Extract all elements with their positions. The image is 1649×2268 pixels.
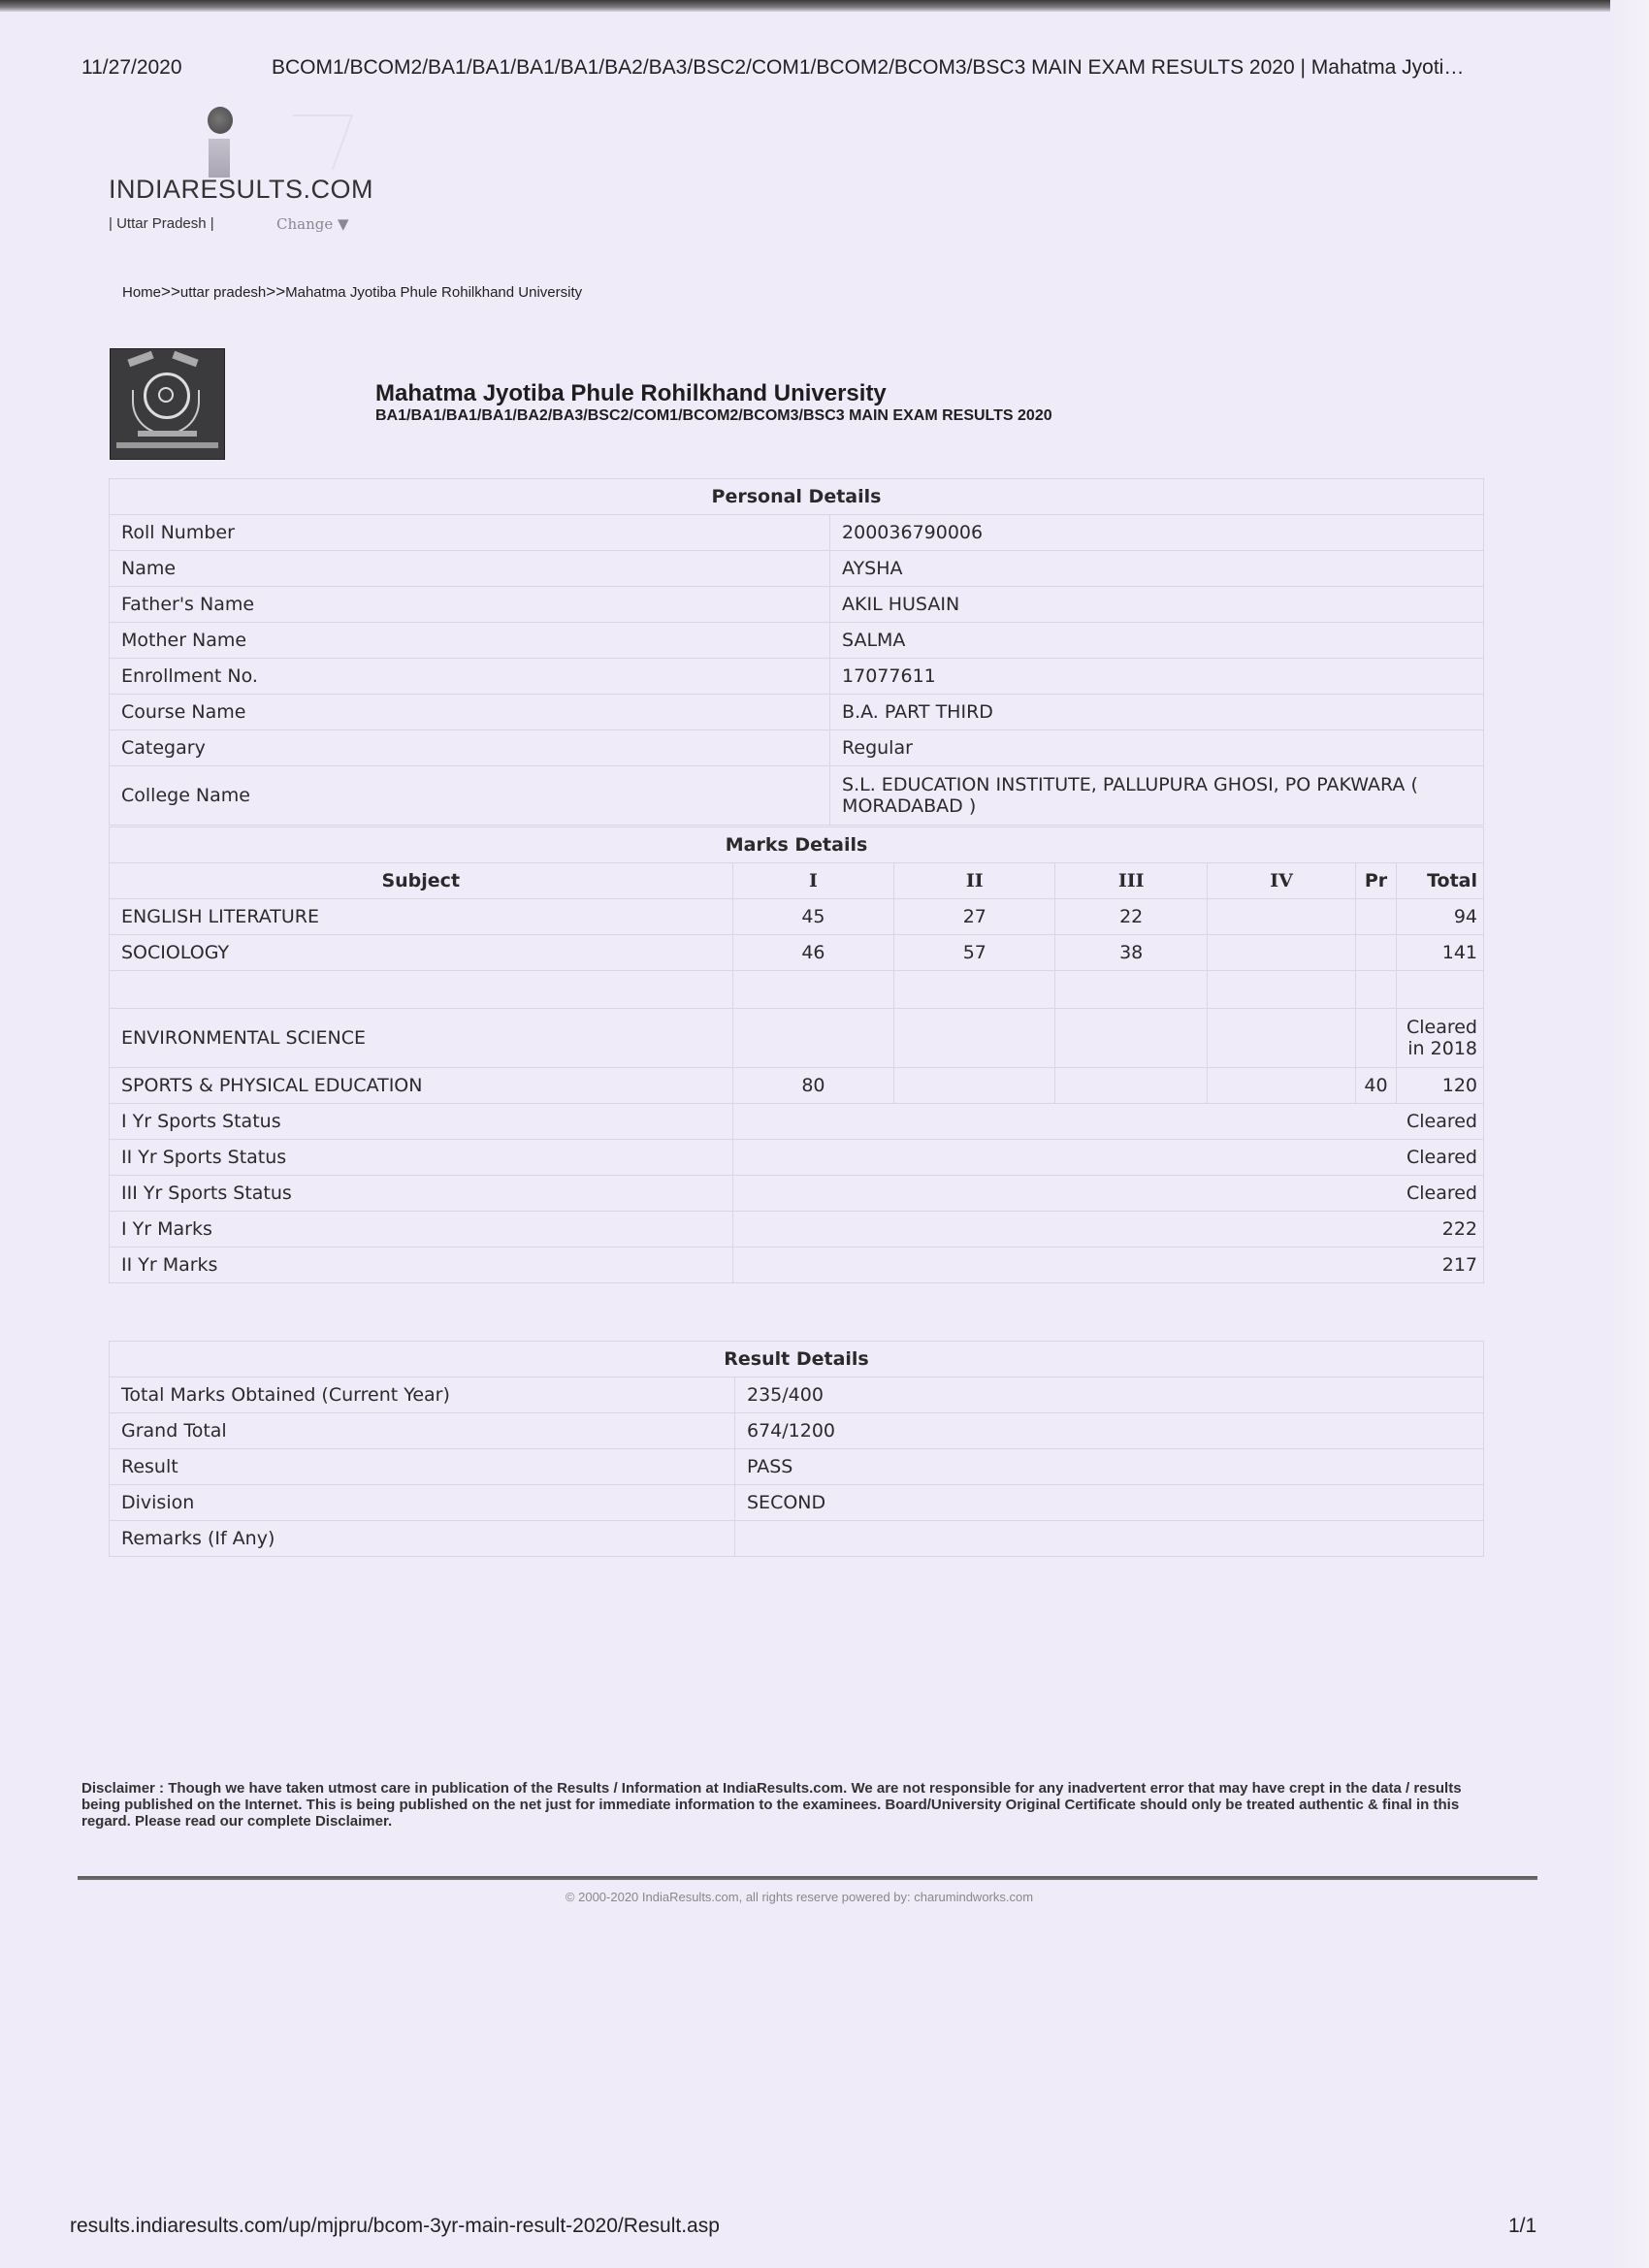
- status-value: 222: [732, 1212, 1484, 1247]
- personal-row: NameAYSHA: [110, 551, 1484, 587]
- breadcrumb-university[interactable]: Mahatma Jyotiba Phule Rohilkhand Univers…: [285, 284, 582, 301]
- status-label: I Yr Marks: [110, 1212, 733, 1247]
- personal-details-heading: Personal Details: [110, 479, 1484, 515]
- status-label: III Yr Sports Status: [110, 1176, 733, 1212]
- footer-divider: [78, 1876, 1537, 1880]
- logo-stem-icon: [209, 139, 230, 178]
- column-header-pr: Pr: [1355, 863, 1396, 899]
- marks-cell-iv: [1208, 1068, 1356, 1104]
- marks-cell-iii: [1055, 971, 1208, 1009]
- field-label: Categary: [110, 730, 830, 766]
- scan-top-edge: [0, 0, 1649, 12]
- marks-row: SPORTS & PHYSICAL EDUCATION8040120: [110, 1068, 1484, 1104]
- result-value: 674/1200: [735, 1413, 1484, 1449]
- marks-cell-pr: 40: [1355, 1068, 1396, 1104]
- column-header-iii: III: [1055, 863, 1208, 899]
- result-row: DivisionSECOND: [110, 1485, 1484, 1521]
- field-value: B.A. PART THIRD: [830, 695, 1484, 730]
- result-value: SECOND: [735, 1485, 1484, 1521]
- personal-row: Father's NameAKIL HUSAIN: [110, 587, 1484, 623]
- print-page-title: BCOM1/BCOM2/BA1/BA1/BA1/BA1/BA2/BA3/BSC2…: [272, 56, 1464, 80]
- result-value: 235/400: [735, 1377, 1484, 1413]
- field-label: College Name: [110, 766, 830, 826]
- personal-row: College NameS.L. EDUCATION INSTITUTE, PA…: [110, 766, 1484, 826]
- marks-details-table: Marks Details SubjectIIIIIIIVPrTotal ENG…: [109, 826, 1484, 1283]
- logo-ghost-mark: [274, 114, 354, 170]
- emblem-hands-icon: [132, 390, 200, 435]
- marks-cell-total: Cleared in 2018: [1396, 1009, 1483, 1068]
- marks-cell-total: [1396, 971, 1483, 1009]
- marks-cell-iv: [1208, 935, 1356, 971]
- personal-row: CategaryRegular: [110, 730, 1484, 766]
- status-label: II Yr Marks: [110, 1247, 733, 1283]
- marks-row: ENGLISH LITERATURE45272294: [110, 899, 1484, 935]
- status-value: Cleared: [732, 1140, 1484, 1176]
- field-value: 17077611: [830, 659, 1484, 695]
- marks-cell-total: 94: [1396, 899, 1483, 935]
- column-header-total: Total: [1396, 863, 1483, 899]
- result-label: Division: [110, 1485, 735, 1521]
- change-region-dropdown[interactable]: Change ▼: [276, 215, 349, 233]
- field-value: Regular: [830, 730, 1484, 766]
- result-row: Total Marks Obtained (Current Year)235/4…: [110, 1377, 1484, 1413]
- marks-cell-subject: ENVIRONMENTAL SCIENCE: [110, 1009, 733, 1068]
- emblem-text-line: [138, 431, 197, 437]
- university-emblem: [110, 348, 225, 460]
- print-page-url: results.indiaresults.com/up/mjpru/bcom-3…: [70, 2215, 720, 2238]
- marks-cell-i: 80: [732, 1068, 894, 1104]
- marks-cell-iii: [1055, 1068, 1208, 1104]
- marks-cell-iii: [1055, 1009, 1208, 1068]
- status-row: III Yr Sports StatusCleared: [110, 1176, 1484, 1212]
- print-page-number: 1/1: [1508, 2215, 1536, 2238]
- column-header-ii: II: [894, 863, 1055, 899]
- column-header-iv: IV: [1208, 863, 1356, 899]
- marks-cell-pr: [1355, 1009, 1396, 1068]
- breadcrumb-home[interactable]: Home: [122, 284, 161, 301]
- marks-cell-subject: [110, 971, 733, 1009]
- marks-cell-pr: [1355, 935, 1396, 971]
- marks-cell-total: 141: [1396, 935, 1483, 971]
- field-value: S.L. EDUCATION INSTITUTE, PALLUPURA GHOS…: [830, 766, 1484, 826]
- marks-cell-iv: [1208, 1009, 1356, 1068]
- result-label: Total Marks Obtained (Current Year): [110, 1377, 735, 1413]
- result-details-table: Result Details Total Marks Obtained (Cur…: [109, 1341, 1484, 1557]
- result-label: Remarks (If Any): [110, 1521, 735, 1557]
- marks-row: [110, 971, 1484, 1009]
- personal-details-table: Personal Details Roll Number200036790006…: [109, 478, 1484, 826]
- personal-row: Enrollment No.17077611: [110, 659, 1484, 695]
- personal-row: Course NameB.A. PART THIRD: [110, 695, 1484, 730]
- marks-details-heading: Marks Details: [110, 827, 1484, 863]
- result-row: Grand Total674/1200: [110, 1413, 1484, 1449]
- marks-row: ENVIRONMENTAL SCIENCECleared in 2018: [110, 1009, 1484, 1068]
- marks-cell-ii: 57: [894, 935, 1055, 971]
- region-label: | Uttar Pradesh |: [109, 215, 214, 232]
- disclaimer-body: Disclaimer : Though we have taken utmost…: [81, 1780, 1462, 1830]
- result-value: [735, 1521, 1484, 1557]
- breadcrumb-state[interactable]: uttar pradesh: [180, 284, 266, 301]
- marks-cell-i: [732, 971, 894, 1009]
- column-header-subject: Subject: [110, 863, 733, 899]
- status-row: II Yr Marks217: [110, 1247, 1484, 1283]
- result-label: Grand Total: [110, 1413, 735, 1449]
- status-label: II Yr Sports Status: [110, 1140, 733, 1176]
- emblem-text-line: [116, 442, 218, 448]
- marks-cell-iv: [1208, 899, 1356, 935]
- result-label: Result: [110, 1449, 735, 1485]
- marks-cell-iii: 22: [1055, 899, 1208, 935]
- status-value: 217: [732, 1247, 1484, 1283]
- emblem-script-left: [127, 351, 153, 367]
- marks-cell-total: 120: [1396, 1068, 1483, 1104]
- marks-cell-pr: [1355, 971, 1396, 1009]
- field-label: Name: [110, 551, 830, 587]
- breadcrumb-separator: >>: [266, 282, 285, 301]
- marks-row: SOCIOLOGY465738141: [110, 935, 1484, 971]
- status-value: Cleared: [732, 1176, 1484, 1212]
- field-label: Course Name: [110, 695, 830, 730]
- result-row: Remarks (If Any): [110, 1521, 1484, 1557]
- field-value: AYSHA: [830, 551, 1484, 587]
- result-details-heading: Result Details: [110, 1342, 1484, 1377]
- marks-cell-ii: [894, 1009, 1055, 1068]
- marks-cell-subject: SPORTS & PHYSICAL EDUCATION: [110, 1068, 733, 1104]
- field-value: AKIL HUSAIN: [830, 587, 1484, 623]
- print-date: 11/27/2020: [81, 56, 182, 80]
- logo-dot-icon: [208, 107, 233, 134]
- status-row: I Yr Marks222: [110, 1212, 1484, 1247]
- marks-cell-i: [732, 1009, 894, 1068]
- result-value: PASS: [735, 1449, 1484, 1485]
- field-label: Roll Number: [110, 515, 830, 551]
- field-value: 200036790006: [830, 515, 1484, 551]
- personal-row: Mother NameSALMA: [110, 623, 1484, 659]
- marks-cell-iv: [1208, 971, 1356, 1009]
- field-label: Father's Name: [110, 587, 830, 623]
- result-row: ResultPASS: [110, 1449, 1484, 1485]
- status-label: I Yr Sports Status: [110, 1104, 733, 1140]
- marks-cell-iii: 38: [1055, 935, 1208, 971]
- field-value: SALMA: [830, 623, 1484, 659]
- marks-cell-ii: [894, 1068, 1055, 1104]
- disclaimer-text: Disclaimer : Though we have taken utmost…: [81, 1780, 1498, 1830]
- marks-cell-i: 46: [732, 935, 894, 971]
- status-row: II Yr Sports StatusCleared: [110, 1140, 1484, 1176]
- marks-cell-ii: [894, 971, 1055, 1009]
- disclaimer-link[interactable]: Disclaimer.: [315, 1813, 392, 1830]
- marks-cell-subject: SOCIOLOGY: [110, 935, 733, 971]
- emblem-script-right: [172, 351, 198, 367]
- marks-cell-i: 45: [732, 899, 894, 935]
- marks-cell-ii: 27: [894, 899, 1055, 935]
- column-header-i: I: [732, 863, 894, 899]
- personal-row: Roll Number200036790006: [110, 515, 1484, 551]
- status-row: I Yr Sports StatusCleared: [110, 1104, 1484, 1140]
- exam-title: BA1/BA1/BA1/BA1/BA2/BA3/BSC2/COM1/BCOM2/…: [375, 407, 1052, 425]
- breadcrumb: Home>>uttar pradesh>>Mahatma Jyotiba Phu…: [122, 282, 582, 302]
- breadcrumb-separator: >>: [161, 282, 180, 301]
- field-label: Enrollment No.: [110, 659, 830, 695]
- field-label: Mother Name: [110, 623, 830, 659]
- marks-cell-subject: ENGLISH LITERATURE: [110, 899, 733, 935]
- university-name: Mahatma Jyotiba Phule Rohilkhand Univers…: [375, 380, 887, 407]
- marks-cell-pr: [1355, 899, 1396, 935]
- scan-right-edge: [1610, 0, 1649, 2268]
- copyright-text: © 2000-2020 IndiaResults.com, all rights…: [0, 1890, 1599, 1904]
- status-value: Cleared: [732, 1104, 1484, 1140]
- site-brand[interactable]: INDIARESULTS.COM: [109, 175, 373, 205]
